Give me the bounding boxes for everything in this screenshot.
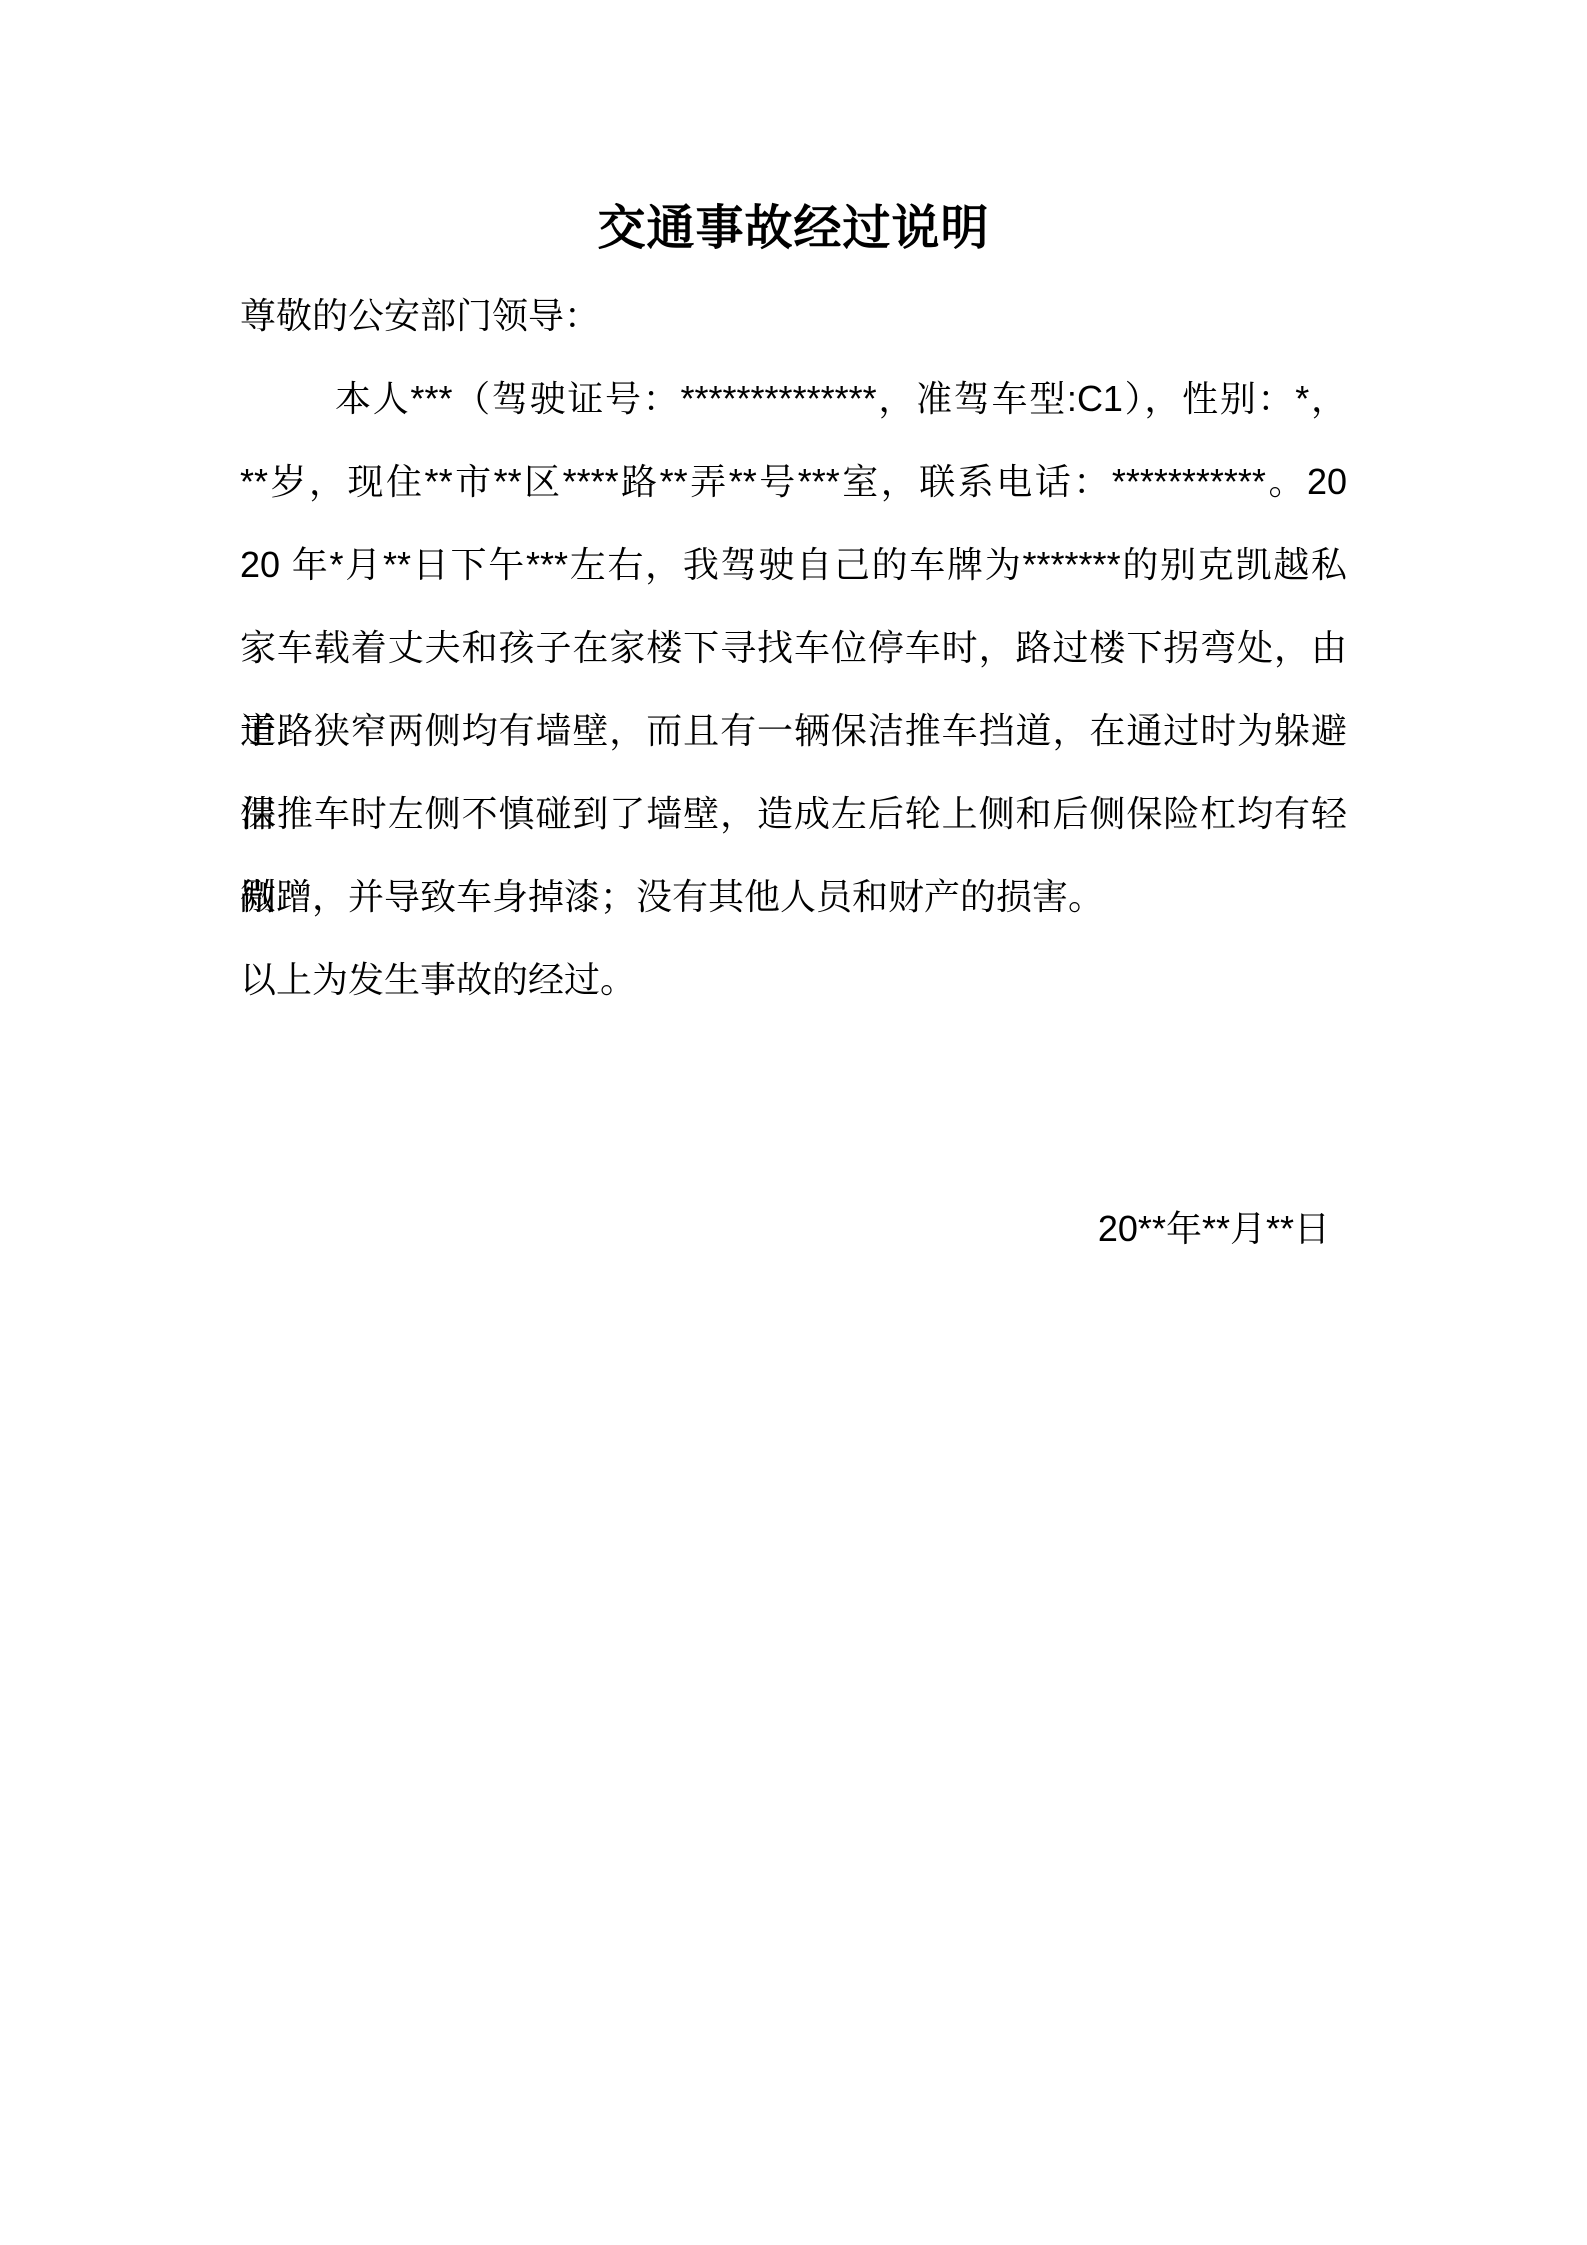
closing-line: 以上为发生事故的经过。	[240, 938, 1347, 1021]
blank-line	[240, 1021, 1347, 1104]
document-page: 交通事故经过说明 尊敬的公安部门领导： 本人***（驾驶证号：*********…	[0, 0, 1587, 2245]
body-line: 洁推车时左侧不慎碰到了墙壁，造成左后轮上侧和后侧保险杠均有轻微	[240, 772, 1347, 855]
body-line: 剐蹭，并导致车身掉漆；没有其他人员和财产的损害。	[240, 855, 1347, 938]
body-line: 道路狭窄两侧均有墙壁，而且有一辆保洁推车挡道，在通过时为躲避保	[240, 689, 1347, 772]
salutation-line: 尊敬的公安部门领导：	[240, 274, 1347, 357]
document-title: 交通事故经过说明	[240, 196, 1347, 262]
document-content: 交通事故经过说明 尊敬的公安部门领导： 本人***（驾驶证号：*********…	[240, 0, 1347, 1270]
body-line: **岁，现住**市**区****路**弄**号***室，联系电话：*******…	[240, 440, 1347, 523]
date-line: 20**年**月**日	[240, 1187, 1347, 1270]
body-line: 20 年*月**日下午***左右，我驾驶自己的车牌为*******的别克凯越私	[240, 523, 1347, 606]
body-line: 家车载着丈夫和孩子在家楼下寻找车位停车时，路过楼下拐弯处，由于	[240, 606, 1347, 689]
body-line: 本人***（驾驶证号：**************，准驾车型:C1），性别：*，	[240, 357, 1347, 440]
blank-line	[240, 1104, 1347, 1187]
